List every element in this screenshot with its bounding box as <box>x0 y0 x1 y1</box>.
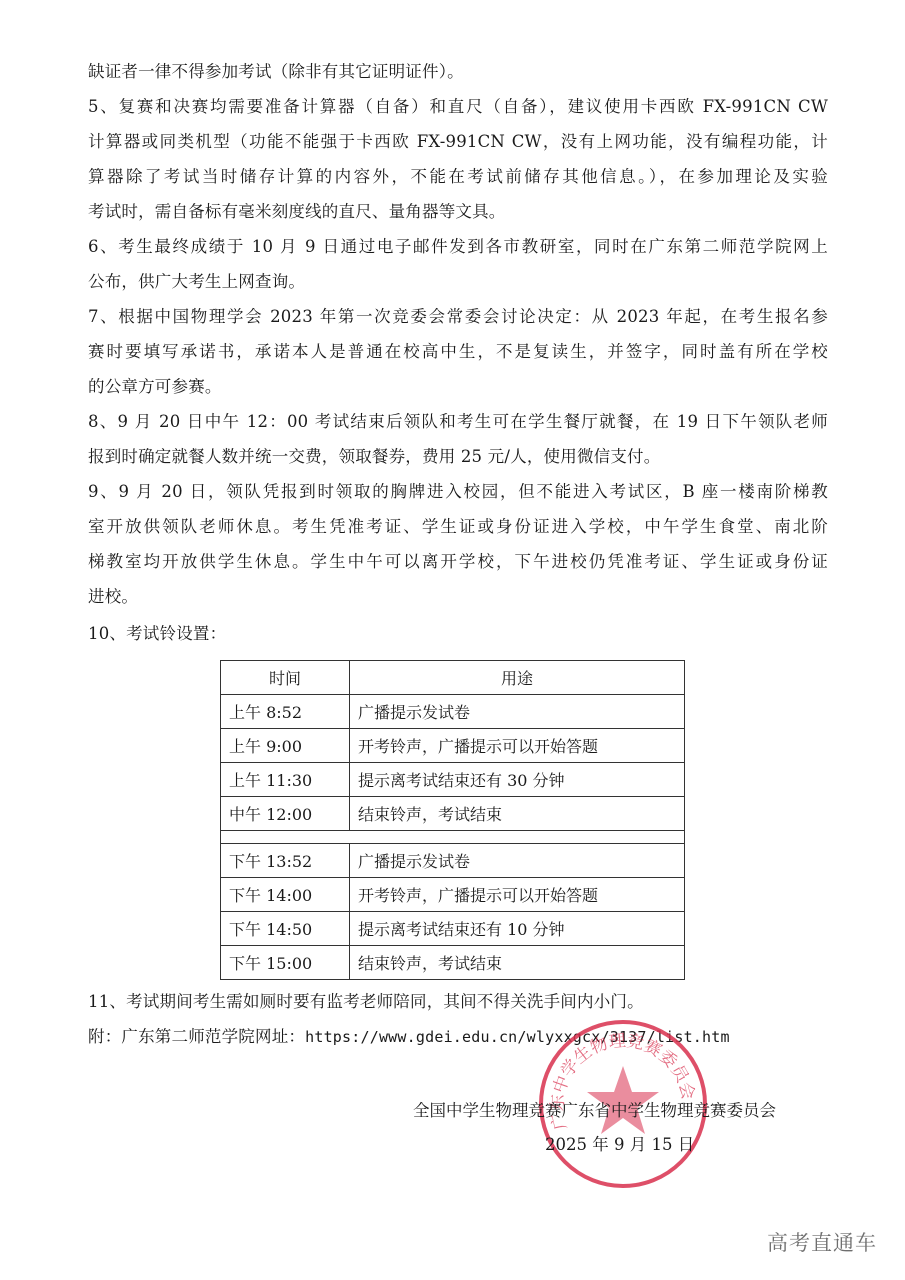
cell-purpose: 结束铃声，考试结束 <box>350 946 685 980</box>
body-text-line: 7、根据中国物理学会 2023 年第一次竞委会常委会讨论决定：从 2023 年起… <box>88 307 828 327</box>
table-row: 上午 11:30 提示离考试结束还有 30 分钟 <box>221 763 685 797</box>
cell-purpose: 开考铃声，广播提示可以开始答题 <box>350 878 685 912</box>
body-text-line: 算器除了考试当时储存计算的内容外，不能在考试前储存其他信息。），在参加理论及实验 <box>88 167 828 187</box>
table-row: 下午 15:00 结束铃声，考试结束 <box>221 946 685 980</box>
cell-time: 上午 11:30 <box>221 763 350 797</box>
cell-purpose: 广播提示发试卷 <box>350 844 685 878</box>
body-text-line: 10、考试铃设置： <box>88 624 226 644</box>
body-text-line: 报到时确定就餐人数并统一交费，领取餐券，费用 25 元/人，使用微信支付。 <box>88 447 660 467</box>
body-text-line: 9、9 月 20 日，领队凭报到时领取的胸牌进入校园，但不能进入考试区，B 座一… <box>88 482 828 502</box>
table-row: 下午 14:00 开考铃声，广播提示可以开始答题 <box>221 878 685 912</box>
item-11: 11、考试期间考生需如厕时要有监考老师陪同，其间不得关洗手间内小门。 <box>88 992 644 1012</box>
header-purpose: 用途 <box>350 661 685 695</box>
watermark-text: 高考直通车 <box>767 1227 877 1257</box>
body-text-line: 8、9 月 20 日中午 12：00 考试结束后领队和考生可在学生餐厅就餐，在 … <box>88 412 828 432</box>
body-text-line: 赛时要填写承诺书，承诺本人是普通在校高中生，不是复读生，并签字，同时盖有所在学校 <box>88 342 828 362</box>
cell-time: 中午 12:00 <box>221 797 350 831</box>
document-page: 缺证者一律不得参加考试（除非有其它证明证件）。5、复赛和决赛均需要准备计算器（自… <box>0 0 905 1280</box>
signature-date: 2025 年 9 月 15 日 <box>545 1131 694 1155</box>
signature-organization: 全国中学生物理竞赛广东省中学生物理竞赛委员会 <box>413 1097 776 1121</box>
table-row: 上午 9:00 开考铃声，广播提示可以开始答题 <box>221 729 685 763</box>
cell-purpose: 开考铃声，广播提示可以开始答题 <box>350 729 685 763</box>
table-spacer-row <box>221 831 685 844</box>
cell-time: 下午 14:50 <box>221 912 350 946</box>
cell-purpose: 提示离考试结束还有 30 分钟 <box>350 763 685 797</box>
cell-purpose: 结束铃声，考试结束 <box>350 797 685 831</box>
table-header-row: 时间 用途 <box>221 661 685 695</box>
cell-time: 上午 8:52 <box>221 695 350 729</box>
body-text-line: 考试时，需自备标有毫米刻度线的直尺、量角器等文具。 <box>88 202 506 222</box>
cell-time: 下午 14:00 <box>221 878 350 912</box>
table-row: 下午 14:50 提示离考试结束还有 10 分钟 <box>221 912 685 946</box>
header-time: 时间 <box>221 661 350 695</box>
table-row: 上午 8:52 广播提示发试卷 <box>221 695 685 729</box>
cell-time: 上午 9:00 <box>221 729 350 763</box>
body-text-line: 梯教室均开放供学生休息。学生中午可以离开学校，下午进校仍凭准考证、学生证或身份证 <box>88 552 828 572</box>
cell-purpose: 广播提示发试卷 <box>350 695 685 729</box>
cell-purpose: 提示离考试结束还有 10 分钟 <box>350 912 685 946</box>
cell-time: 下午 15:00 <box>221 946 350 980</box>
body-text-line: 公布，供广大考生上网查询。 <box>88 272 305 292</box>
table-row: 中午 12:00 结束铃声，考试结束 <box>221 797 685 831</box>
body-text-line: 进校。 <box>88 587 138 607</box>
body-text-line: 6、考生最终成绩于 10 月 9 日通过电子邮件发到各市教研室，同时在广东第二师… <box>88 237 828 257</box>
table-row: 下午 13:52 广播提示发试卷 <box>221 844 685 878</box>
exam-bell-schedule-table: 时间 用途 上午 8:52 广播提示发试卷 上午 9:00 开考铃声，广播提示可… <box>220 660 685 980</box>
appendix-label: 附：广东第二师范学院网址： <box>88 1027 305 1046</box>
body-text-line: 缺证者一律不得参加考试（除非有其它证明证件）。 <box>88 62 464 82</box>
body-text-line: 的公章方可参赛。 <box>88 377 222 397</box>
body-text-line: 5、复赛和决赛均需要准备计算器（自备）和直尺（自备），建议使用卡西欧 FX-99… <box>88 97 828 117</box>
cell-time: 下午 13:52 <box>221 844 350 878</box>
body-text-line: 计算器或同类机型（功能不能强于卡西欧 FX-991CN CW，没有上网功能，没有… <box>88 132 828 152</box>
body-text-line: 室开放供领队老师休息。考生凭准考证、学生证或身份证进入学校，中午学生食堂、南北阶 <box>88 517 828 537</box>
